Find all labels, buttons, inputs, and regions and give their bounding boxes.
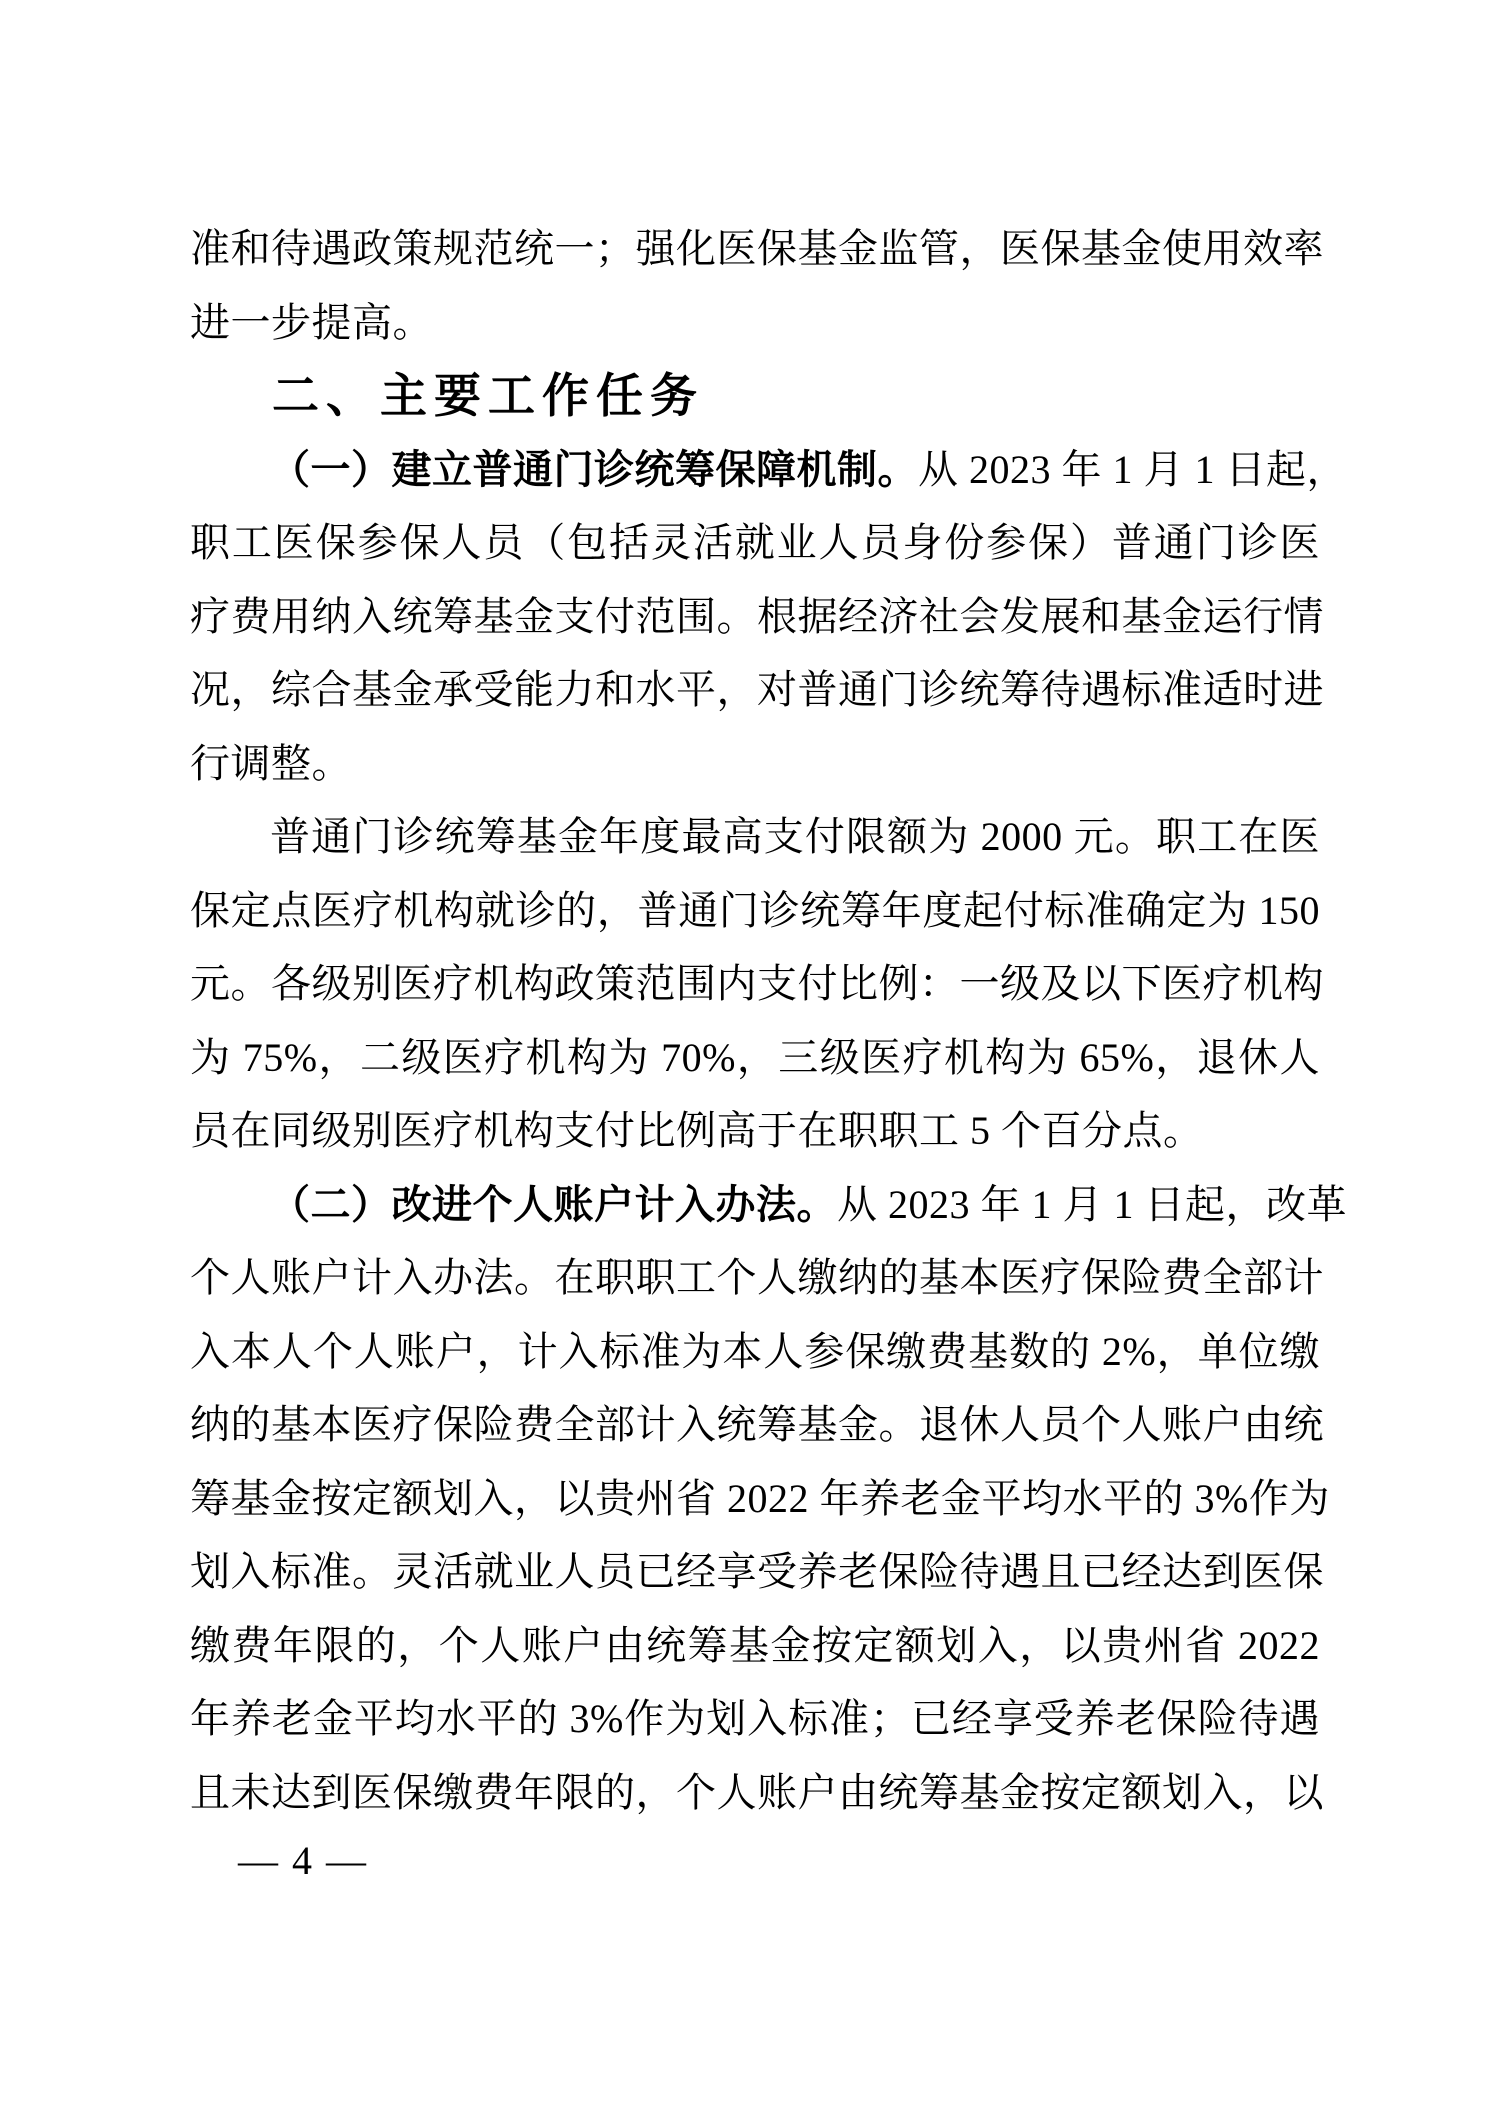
document-line: 准和待遇政策规范统一；强化医保基金监管，医保基金使用效率 (190, 212, 1320, 286)
document-line: 普通门诊统筹基金年度最高支付限额为 2000 元。职工在医 (190, 800, 1320, 874)
page-number: — 4 — (238, 1836, 368, 1886)
document-line: 员在同级别医疗机构支付比例高于在职职工 5 个百分点。 (190, 1094, 1320, 1168)
document-line: 元。各级别医疗机构政策范围内支付比例：一级及以下医疗机构 (190, 947, 1320, 1021)
document-line: 入本人个人账户，计入标准为本人参保缴费基数的 2%，单位缴 (190, 1315, 1320, 1389)
document-line: 缴费年限的，个人账户由统筹基金按定额划入，以贵州省 2022 (190, 1609, 1320, 1683)
document-line: （一）建立普通门诊统筹保障机制。从 2023 年 1 月 1 日起， (190, 433, 1320, 507)
document-line: 况，综合基金承受能力和水平，对普通门诊统筹待遇标准适时进 (190, 653, 1320, 727)
section-heading: 二、主要工作任务 (190, 359, 1320, 433)
document-line: 且未达到医保缴费年限的，个人账户由统筹基金按定额划入，以 (190, 1756, 1320, 1830)
document-line: 职工医保参保人员（包括灵活就业人员身份参保）普通门诊医 (190, 506, 1320, 580)
clause-text: 从 2023 年 1 月 1 日起， (918, 447, 1347, 492)
clause-text: 从 2023 年 1 月 1 日起，改革 (837, 1182, 1347, 1227)
document-page: 准和待遇政策规范统一；强化医保基金监管，医保基金使用效率 进一步提高。 二、主要… (0, 0, 1487, 2105)
document-line: 进一步提高。 (190, 286, 1320, 360)
clause-heading: （一）建立普通门诊统筹保障机制。 (270, 447, 918, 492)
clause-heading: （二）改进个人账户计入办法。 (270, 1182, 837, 1227)
document-body: 准和待遇政策规范统一；强化医保基金监管，医保基金使用效率 进一步提高。 二、主要… (190, 212, 1320, 1829)
document-line: 行调整。 (190, 727, 1320, 801)
document-line: （二）改进个人账户计入办法。从 2023 年 1 月 1 日起，改革 (190, 1168, 1320, 1242)
document-line: 纳的基本医疗保险费全部计入统筹基金。退休人员个人账户由统 (190, 1388, 1320, 1462)
document-line: 筹基金按定额划入，以贵州省 2022 年养老金平均水平的 3%作为 (190, 1462, 1320, 1536)
document-line: 疗费用纳入统筹基金支付范围。根据经济社会发展和基金运行情 (190, 580, 1320, 654)
document-line: 年养老金平均水平的 3%作为划入标准；已经享受养老保险待遇 (190, 1682, 1320, 1756)
document-line: 保定点医疗机构就诊的，普通门诊统筹年度起付标准确定为 150 (190, 874, 1320, 948)
document-line: 划入标准。灵活就业人员已经享受养老保险待遇且已经达到医保 (190, 1535, 1320, 1609)
document-line: 为 75%，二级医疗机构为 70%，三级医疗机构为 65%，退休人 (190, 1021, 1320, 1095)
document-line: 个人账户计入办法。在职职工个人缴纳的基本医疗保险费全部计 (190, 1241, 1320, 1315)
